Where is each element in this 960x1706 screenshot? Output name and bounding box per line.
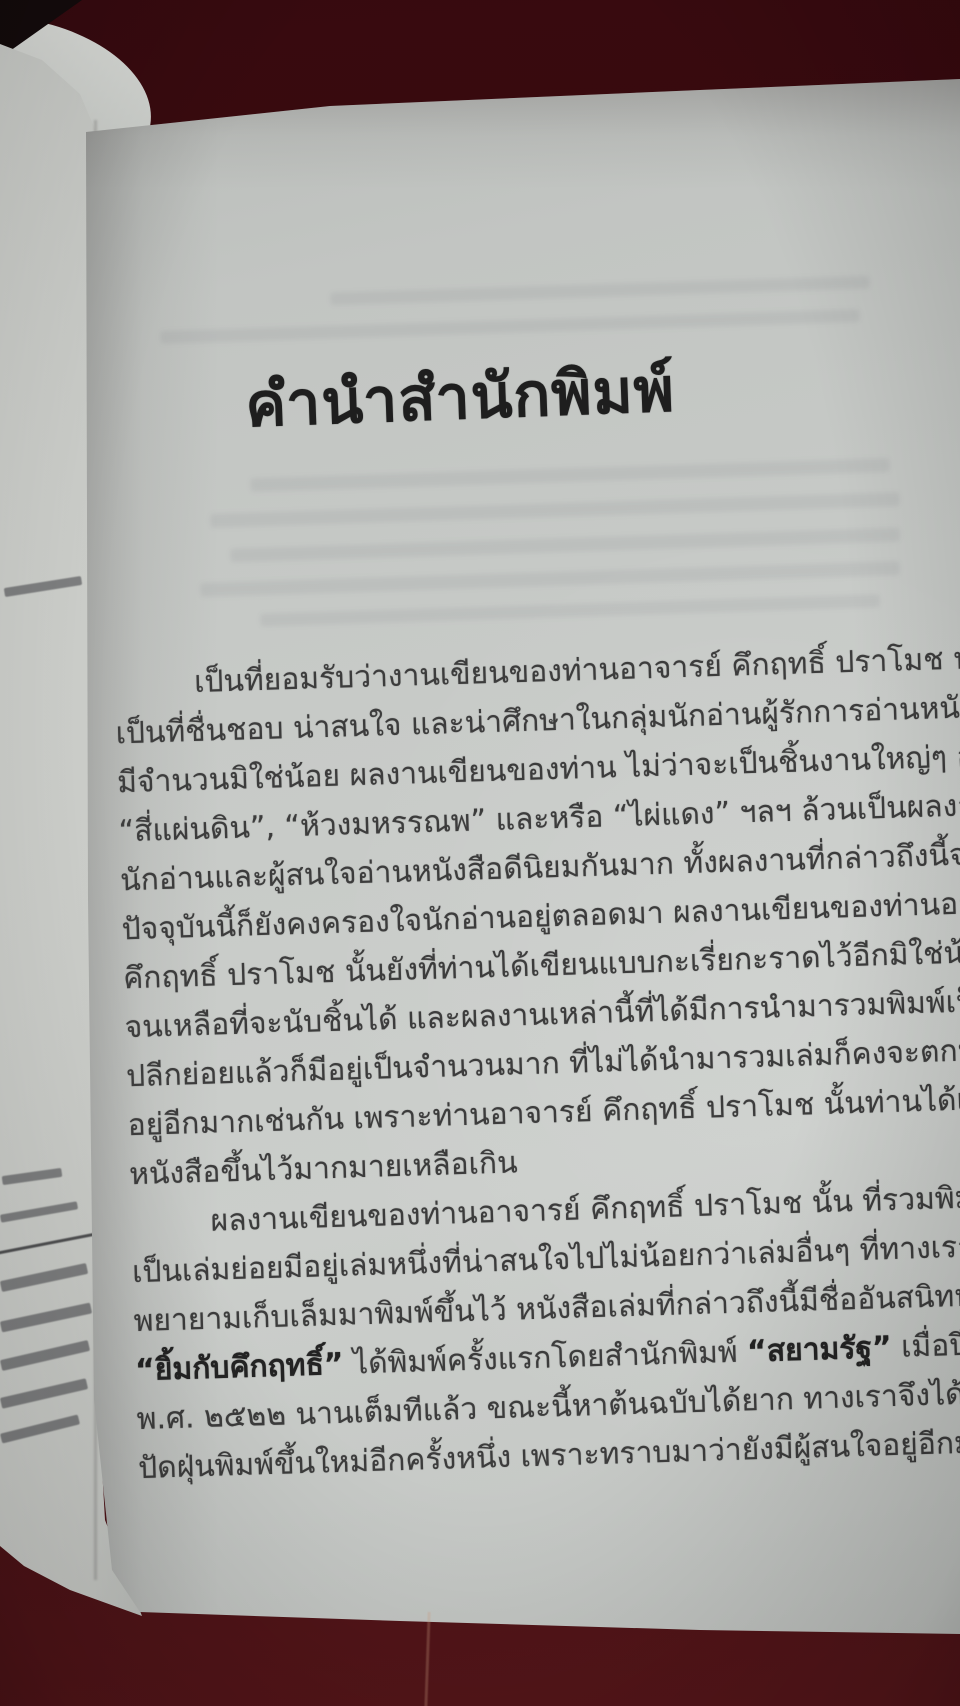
text-segment: หนังสือขึ้นไว้มากมายเหลือเกิน: [129, 1145, 518, 1192]
text-segment: ได้พิมพ์ครั้งแรกโดยสำนักพิมพ์: [343, 1334, 748, 1381]
table-seam: [424, 1612, 430, 1706]
body-text: เป็นที่ยอมรับว่างานเขียนของท่านอาจารย์ ค…: [113, 636, 942, 1493]
page-top-shadow: [0, 70, 960, 190]
text-segment: เมื่อปี: [891, 1328, 960, 1365]
book-title-emphasis: “สยามรัฐ”: [747, 1330, 893, 1369]
book-title-emphasis: “ยิ้มกับคึกฤทธิ์”: [135, 1347, 344, 1388]
book-photo: คำนำสำนักพิมพ์ เป็นที่ยอมรับว่างานเขียนข…: [0, 0, 960, 1706]
ghost-text: [250, 458, 890, 492]
book-page: คำนำสำนักพิมพ์ เป็นที่ยอมรับว่างานเขียนข…: [0, 0, 960, 1706]
page-title: คำนำสำนักพิมพ์: [124, 331, 927, 457]
ghost-text: [330, 276, 870, 306]
